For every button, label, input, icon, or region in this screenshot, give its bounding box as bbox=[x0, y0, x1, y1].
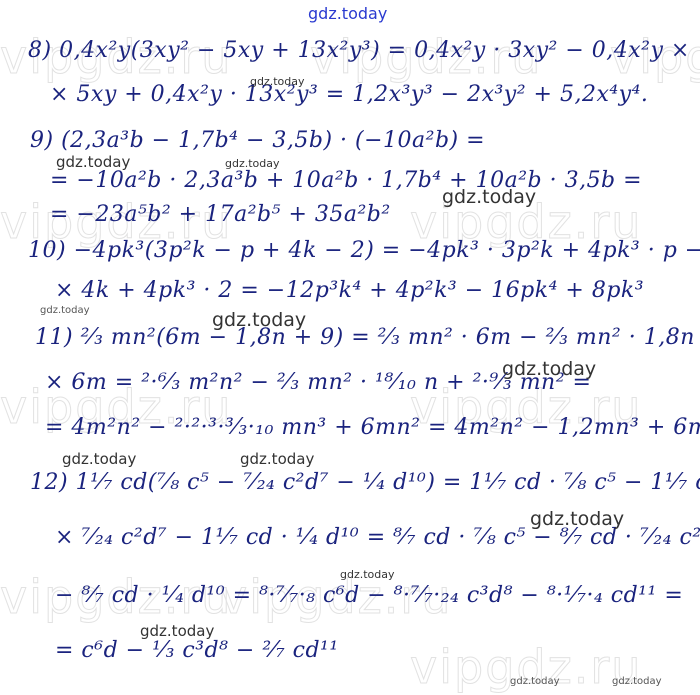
site-watermark-top: gdz.today bbox=[308, 4, 387, 23]
problem-10-line-1: 10) −4pk³(3p²k − p + 4k − 2) = −4pk³ · 3… bbox=[28, 238, 700, 263]
problem-11-line-3: = 4m²n² − ²·²·³·³⁄₃·₁₀ mn³ + 6mn² = 4m²n… bbox=[45, 415, 700, 440]
site-watermark: gdz.today bbox=[442, 186, 536, 208]
problem-9-line-1: 9) (2,3a³b − 1,7b⁴ − 3,5b) · (−10a²b) = bbox=[30, 128, 485, 153]
site-watermark: gdz.today bbox=[340, 568, 395, 581]
site-watermark: gdz.today bbox=[40, 305, 90, 316]
problem-12-line-4: = c⁶d − ¹⁄₃ c³d⁸ − ²⁄₇ cd¹¹ bbox=[55, 638, 339, 663]
site-watermark: gdz.today bbox=[502, 358, 596, 380]
site-watermark: gdz.today bbox=[612, 676, 662, 687]
site-watermark: gdz.today bbox=[530, 508, 624, 530]
problem-8-line-1: 8) 0,4x²y(3xy² − 5xy + 13x²y³) = 0,4x²y … bbox=[28, 38, 690, 63]
problem-9-line-2: = −10a²b · 2,3a³b + 10a²b · 1,7b⁴ + 10a²… bbox=[50, 168, 642, 193]
site-watermark: gdz.today bbox=[240, 450, 314, 468]
problem-9-line-3: = −23a⁵b² + 17a²b⁵ + 35a²b² bbox=[50, 202, 391, 227]
problem-11-line-1: 11) ²⁄₃ mn²(6m − 1,8n + 9) = ²⁄₃ mn² · 6… bbox=[35, 325, 700, 350]
site-watermark: gdz.today bbox=[62, 450, 136, 468]
site-watermark: gdz.today bbox=[140, 622, 214, 640]
problem-10-line-2: × 4k + 4pk³ · 2 = −12p³k⁴ + 4p²k³ − 16pk… bbox=[55, 278, 644, 303]
site-watermark: gdz.today bbox=[510, 676, 560, 687]
site-watermark: gdz.today bbox=[250, 75, 305, 88]
problem-12-line-1: 12) 1¹⁄₇ cd(⁷⁄₈ c⁵ − ⁷⁄₂₄ c²d⁷ − ¹⁄₄ d¹⁰… bbox=[30, 470, 700, 495]
site-watermark: gdz.today bbox=[225, 157, 280, 170]
problem-8-line-2: × 5xy + 0,4x²y · 13x²y³ = 1,2x³y³ − 2x³y… bbox=[50, 82, 648, 107]
site-watermark: gdz.today bbox=[212, 309, 306, 331]
site-watermark: gdz.today bbox=[56, 153, 130, 171]
problem-12-line-3: − ⁸⁄₇ cd · ¹⁄₄ d¹⁰ = ⁸·⁷⁄₇·₈ c⁶d − ⁸·⁷⁄₇… bbox=[55, 583, 683, 608]
